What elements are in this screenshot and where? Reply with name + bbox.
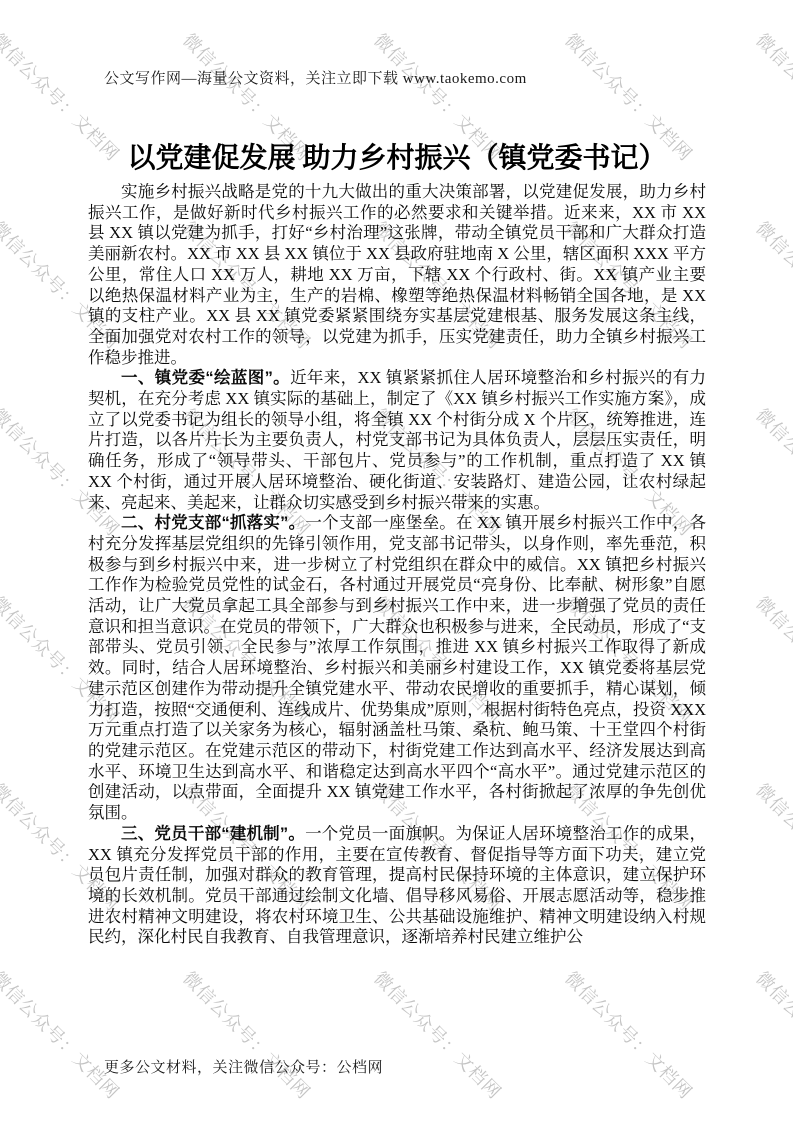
page-footer-promo-text: 更多公文材料，关注微信公众号：公档网 [104, 1056, 383, 1077]
paragraph-intro: 实施乡村振兴战略是党的十九大做出的重大决策部署，以党建促发展，助力乡村振兴工作，… [88, 182, 706, 368]
section-heading-1: 一、镇党委“绘蓝图”。 [121, 369, 290, 387]
paragraph-section-2: 二、村党支部“抓落实”。一个支部一座堡垒。在 XX 镇开展乡村振兴工作中，各村充… [88, 513, 706, 824]
paragraph-text: 近年来，XX 镇紧紧抓住人居环境整治和乡村振兴的有力契机，在充分考虑 XX 镇实… [88, 368, 706, 511]
paragraph-section-1: 一、镇党委“绘蓝图”。近年来，XX 镇紧紧抓住人居环境整治和乡村振兴的有力契机，… [88, 368, 706, 513]
section-heading-3: 三、党员干部“建机制”。 [121, 825, 305, 843]
document-title: 以党建促发展 助力乡村振兴（镇党委书记） [88, 140, 706, 178]
paragraph-section-3: 三、党员干部“建机制”。一个党员一面旗帜。为保证人居环境整治工作的成果，XX 镇… [88, 824, 706, 948]
section-heading-2: 二、村党支部“抓落实”。 [121, 514, 305, 532]
paragraph-text: 实施乡村振兴战略是党的十九大做出的重大决策部署，以党建促发展，助力乡村振兴工作，… [88, 182, 706, 367]
paragraph-text: 一个支部一座堡垒。在 XX 镇开展乡村振兴工作中，各村充分发挥基层党组织的先锋引… [88, 513, 706, 822]
document-page: 微信公众号：文档网微信公众号：文档网微信公众号：文档网微信公众号：文档网微信公众… [0, 0, 793, 1122]
page-header-promo-text: 公文写作网—海量公文资料，关注立即下载 www.taokemo.com [104, 67, 527, 88]
page-content: 公文写作网—海量公文资料，关注立即下载 www.taokemo.com 以党建促… [0, 0, 793, 1122]
document-body: 实施乡村振兴战略是党的十九大做出的重大决策部署，以党建促发展，助力乡村振兴工作，… [88, 182, 706, 948]
